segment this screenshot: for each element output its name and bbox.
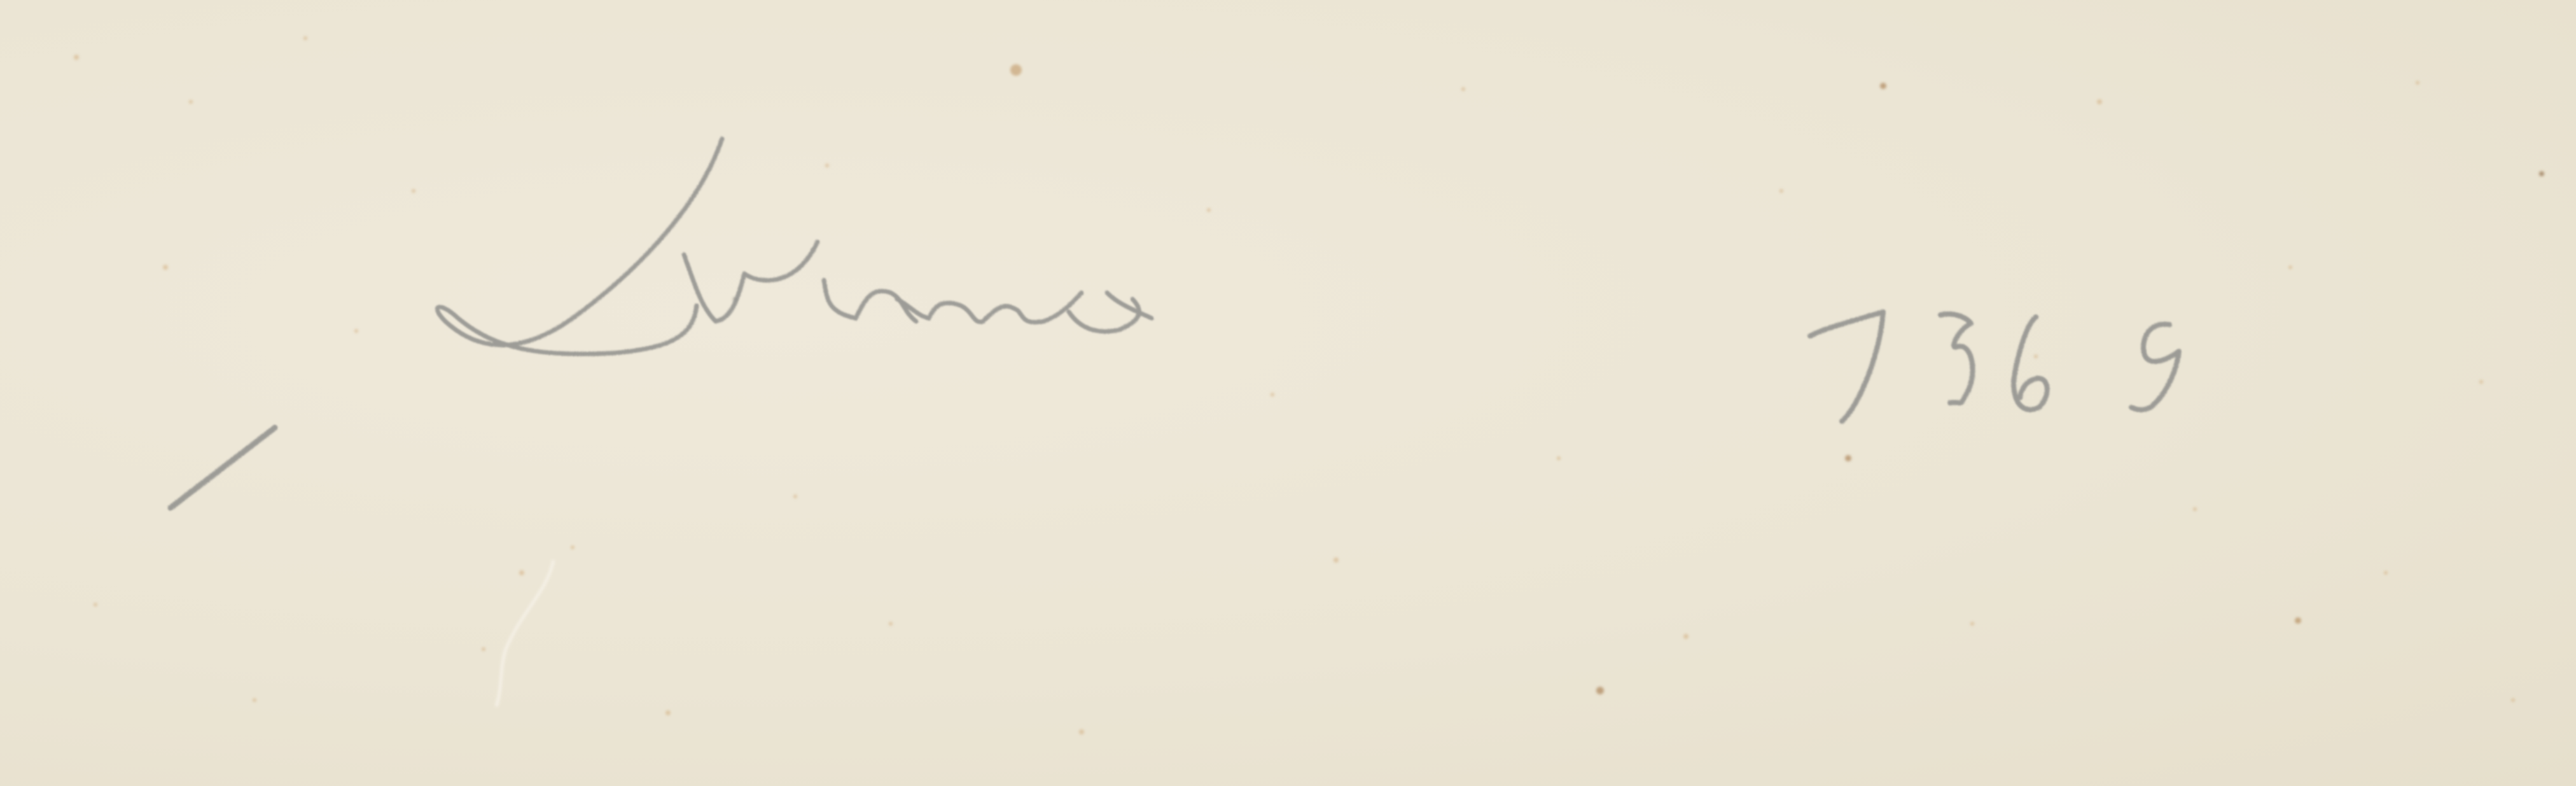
paper-background: Schwarz 1969 xyxy=(0,0,2576,786)
foxing-specks xyxy=(74,36,2544,734)
date-1969 xyxy=(1810,312,2179,421)
signature xyxy=(437,139,1152,354)
edition-slash xyxy=(171,428,275,508)
paper-crease xyxy=(496,560,553,706)
pencil-marks xyxy=(171,139,2179,508)
